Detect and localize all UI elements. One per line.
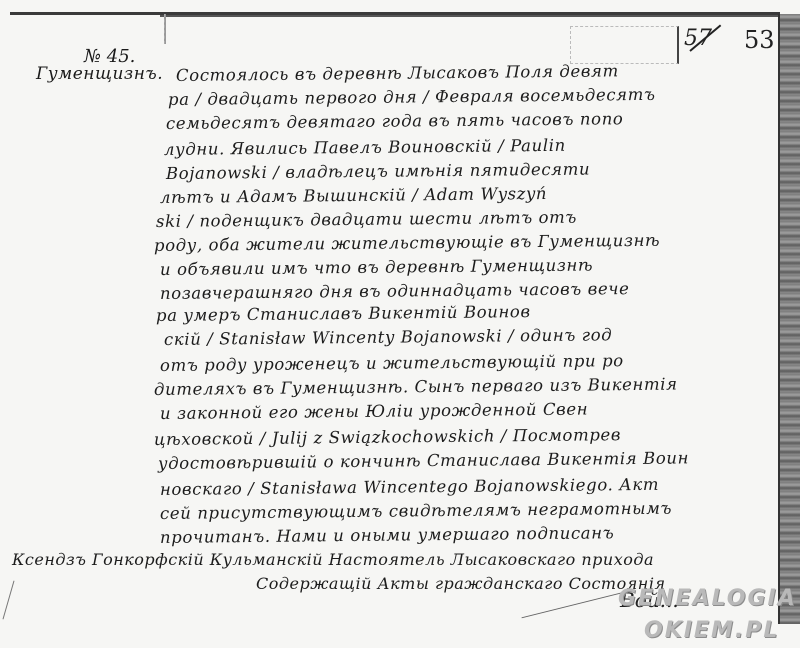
record-line: позавчерашняго дня въ одиннадцать часовъ…: [160, 279, 630, 303]
record-line: сей присутствующимъ свидѣтелямъ неграмот…: [160, 499, 672, 523]
record-line: роду, оба жители жительствующiе въ Гумен…: [154, 231, 660, 255]
document-page: 57 53 № 45. Гуменщизнъ. Состоялось въ де…: [0, 0, 800, 648]
record-line: новскаго / Stanisława Wincentego Bojanow…: [160, 475, 659, 499]
record-line: прочитанъ. Нами и оными умершаго подписа…: [160, 523, 614, 547]
watermark-line-2: OKIEM.PL: [644, 618, 779, 643]
priest-signature-line: Ксендзъ Гонкорфскiй Кульманскiй Настояте…: [12, 550, 654, 569]
record-line: скiй / Stanisław Wincenty Bojanowski / о…: [164, 325, 612, 349]
signature-stroke: [522, 591, 629, 619]
top-border-rule-inner: [160, 15, 780, 17]
record-line: семьдесятъ девятаго года въ пять часовъ …: [166, 109, 624, 133]
record-line: ра умеръ Станиславъ Викентiй Воинов: [156, 302, 531, 325]
record-line: цѣховской / Julij z Swiązkochowskich / П…: [154, 425, 621, 449]
record-line: Bojanowski / владѣлецъ имѣнiя пятидесяти: [166, 160, 590, 183]
page-binding-edge: [778, 14, 800, 624]
record-line: и законной его жены Юлiи урожденной Свен: [160, 400, 588, 423]
faded-stamp: [570, 26, 679, 64]
margin-mark: [3, 581, 15, 620]
record-line: лудни. Явились Павелъ Воиновскiй / Pauli…: [164, 136, 566, 159]
margin-village-name: Гуменщизнъ.: [36, 64, 163, 84]
record-line: Состоялось въ деревнѣ Лысаковъ Поля девя…: [176, 61, 619, 85]
old-folio-number: 57: [684, 26, 712, 51]
record-line: ра / двадцать первого дня / Февраля восе…: [168, 85, 656, 109]
record-line: лѣтъ и Адамъ Вышинскiй / Adam Wyszyń: [160, 184, 547, 207]
record-line: дителяхъ въ Гуменщизнѣ. Сынъ перваго изъ…: [154, 375, 678, 399]
margin-guide-line: [164, 14, 166, 44]
record-line: и объявили имъ что въ деревнѣ Гуменщизнѣ: [160, 255, 593, 279]
watermark-line-1: GENEALOGIA: [618, 586, 797, 611]
record-line: отъ роду уроженецъ и жительствующiй при …: [160, 351, 624, 375]
record-line: ski / поденщикъ двадцати шести лѣтъ отъ: [156, 208, 577, 231]
folio-number: 53: [744, 26, 775, 54]
registrar-title-line: Содержащiй Акты гражданскаго Состоянiя: [256, 574, 666, 593]
record-line: удостовѣрившiй о кончинѣ Станислава Вике…: [158, 448, 689, 473]
